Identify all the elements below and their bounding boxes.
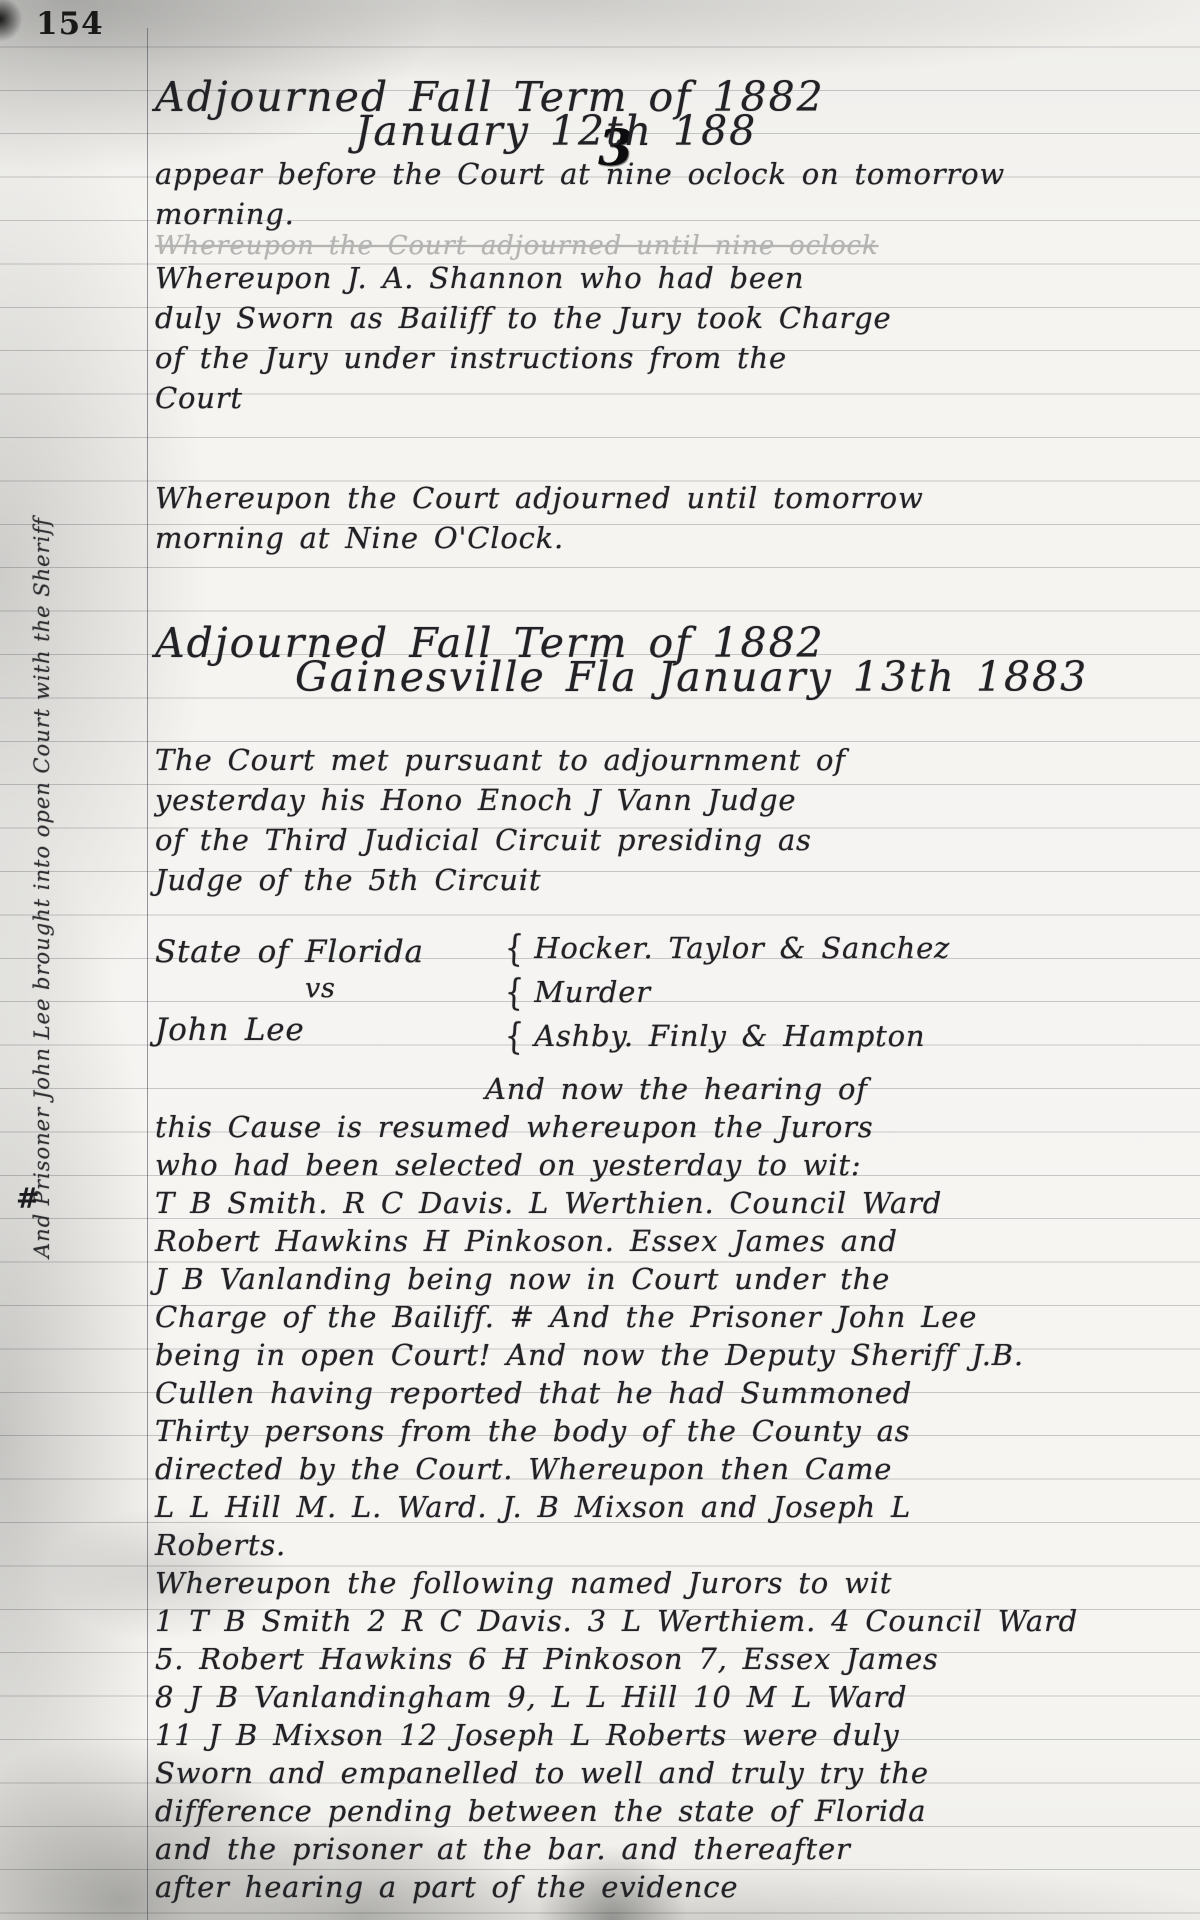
manuscript-line: January 12th 188 xyxy=(355,108,985,154)
case-caption: State of Florida vs John Lee {Hocker. Ta… xyxy=(155,930,985,1070)
manuscript-line: yesterday his Hono Enoch J Vann Judge xyxy=(155,780,985,820)
manuscript-line: Whereupon the following named Jurors to … xyxy=(155,1564,985,1602)
manuscript-line: of the Jury under instructions from the xyxy=(155,338,985,378)
manuscript-line: J B Vanlanding being now in Court under … xyxy=(155,1260,985,1298)
manuscript-line: morning at Nine O'Clock. xyxy=(155,518,985,558)
manuscript-line: Roberts. xyxy=(155,1526,985,1564)
manuscript-line: and the prisoner at the bar. and thereaf… xyxy=(155,1830,985,1868)
margin-rule xyxy=(147,28,148,1920)
manuscript-line: directed by the Court. Whereupon then Ca… xyxy=(155,1450,985,1488)
caption-right-text: Hocker. Taylor & Sanchez xyxy=(534,931,950,965)
manuscript-line: Thirty persons from the body of the Coun… xyxy=(155,1412,985,1450)
caption-right-line: {Murder xyxy=(505,970,950,1014)
manuscript-line: appear before the Court at nine oclock o… xyxy=(155,154,985,194)
manuscript-line: Sworn and empanelled to well and truly t… xyxy=(155,1754,985,1792)
manuscript-line: Charge of the Bailiff. # And the Prisone… xyxy=(155,1298,985,1336)
manuscript-line: Judge of the 5th Circuit xyxy=(155,860,985,900)
manuscript-line: The Court met pursuant to adjournment of xyxy=(155,740,985,780)
caption-parties: State of Florida vs John Lee xyxy=(155,930,424,1052)
manuscript-line: Cullen having reported that he had Summo… xyxy=(155,1374,985,1412)
caption-right-text: Ashby. Finly & Hampton xyxy=(534,1019,925,1053)
ledger-page: 154 3 # And Prisoner John Lee brought in… xyxy=(0,0,1200,1920)
entry-block-a: Adjourned Fall Term of 1882 January 12th… xyxy=(155,66,985,900)
manuscript-line: Court xyxy=(155,378,985,418)
caption-right-text: Murder xyxy=(534,975,651,1009)
manuscript-line: Gainesville Fla January 13th 1883 xyxy=(295,654,985,700)
caption-right-line: {Hocker. Taylor & Sanchez xyxy=(505,926,950,970)
manuscript-line: T B Smith. R C Davis. L Werthien. Counci… xyxy=(155,1184,985,1222)
caption-defendant: John Lee xyxy=(155,1008,424,1052)
manuscript-line: 5. Robert Hawkins 6 H Pinkoson 7, Essex … xyxy=(155,1640,985,1678)
caption-right-column: {Hocker. Taylor & Sanchez {Murder {Ashby… xyxy=(505,926,950,1058)
manuscript-line: duly Sworn as Bailiff to the Jury took C… xyxy=(155,298,985,338)
manuscript-line: who had been selected on yesterday to wi… xyxy=(155,1146,985,1184)
manuscript-line: after hearing a part of the evidence xyxy=(155,1868,985,1906)
manuscript-line: Whereupon J. A. Shannon who had been xyxy=(155,258,985,298)
manuscript-line: of the Third Judicial Circuit presiding … xyxy=(155,820,985,860)
manuscript-line: morning. xyxy=(155,194,985,234)
page-number: 154 xyxy=(36,6,104,42)
margin-vertical-note: And Prisoner John Lee brought into open … xyxy=(30,408,54,1258)
manuscript-line: L L Hill M. L. Ward. J. B Mixson and Jos… xyxy=(155,1488,985,1526)
caption-right-line: {Ashby. Finly & Hampton xyxy=(505,1014,950,1058)
manuscript-line: 1 T B Smith 2 R C Davis. 3 L Werthiem. 4… xyxy=(155,1602,985,1640)
manuscript-line: 11 J B Mixson 12 Joseph L Roberts were d… xyxy=(155,1716,985,1754)
manuscript-line: Whereupon the Court adjourned until nine… xyxy=(155,234,985,258)
manuscript-line: difference pending between the state of … xyxy=(155,1792,985,1830)
caption-versus: vs xyxy=(305,974,424,1008)
brace-icon: { xyxy=(503,1008,525,1065)
entry-block-b: And now the hearing of this Cause is res… xyxy=(155,1070,985,1906)
manuscript-line: And now the hearing of xyxy=(485,1070,985,1108)
manuscript-line: this Cause is resumed whereupon the Juro… xyxy=(155,1108,985,1146)
manuscript-line: 8 J B Vanlandingham 9, L L Hill 10 M L W… xyxy=(155,1678,985,1716)
manuscript-line: being in open Court! And now the Deputy … xyxy=(155,1336,985,1374)
manuscript-line: Whereupon the Court adjourned until tomo… xyxy=(155,478,985,518)
caption-plaintiff: State of Florida xyxy=(155,930,424,974)
manuscript-line: Robert Hawkins H Pinkoson. Essex James a… xyxy=(155,1222,985,1260)
manuscript: Adjourned Fall Term of 1882 January 12th… xyxy=(155,66,985,1906)
